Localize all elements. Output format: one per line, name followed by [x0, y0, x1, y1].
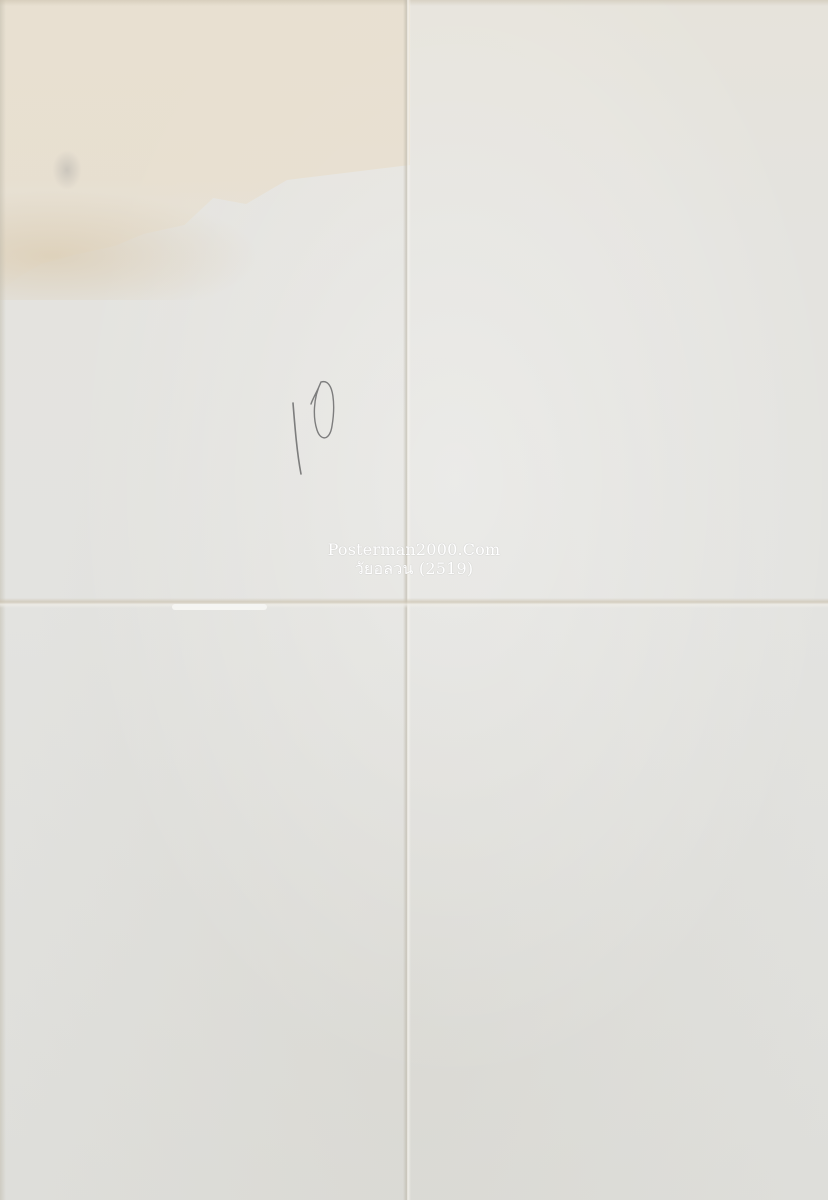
watermark-title: วัยอลวน (2519) — [296, 559, 532, 578]
water-stain-edge — [0, 190, 260, 300]
white-scuff-mark — [172, 604, 267, 610]
watermark: Posterman2000.Com วัยอลวน (2519) — [296, 540, 532, 578]
watermark-site: Posterman2000.Com — [296, 540, 532, 559]
horizontal-fold-line — [0, 598, 828, 608]
poster-back: Posterman2000.Com วัยอลวน (2519) — [0, 0, 828, 1200]
paper-edge-top — [0, 0, 828, 6]
dirt-smudge — [52, 150, 82, 190]
handwritten-number-10 — [285, 378, 345, 478]
